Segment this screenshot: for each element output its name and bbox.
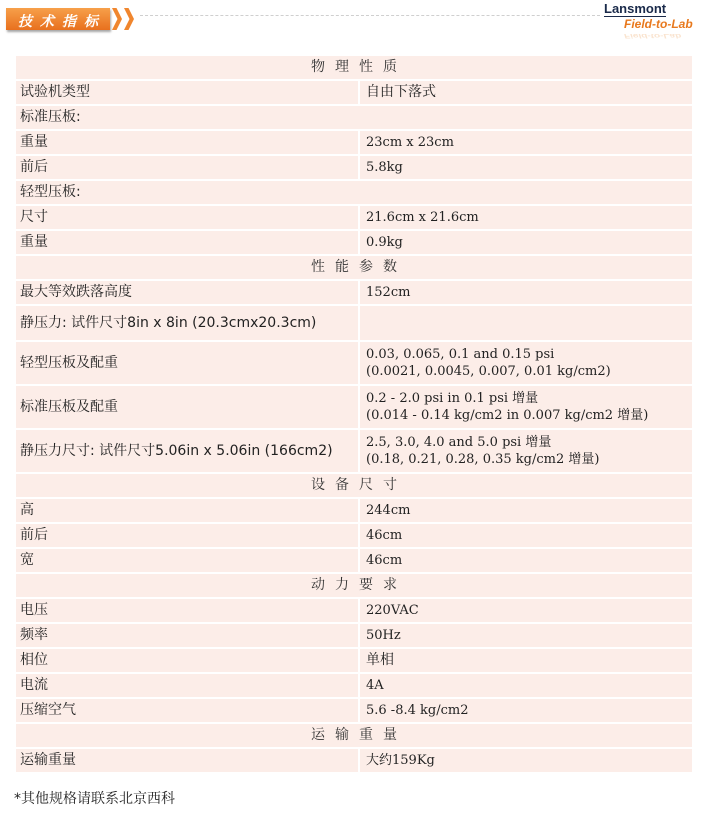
spec-label: 电压 [16,599,360,622]
section-header-power: 动力要求 [16,574,692,599]
table-row: 静压力尺寸: 试件尺寸5.06in x 5.06in (166cm2) 2.5,… [16,430,692,474]
spec-value: 0.2 - 2.0 psi in 0.1 psi 增量 (0.014 - 0.1… [360,386,692,428]
logo-field-to-lab: Field-to-Lab [624,17,693,31]
spec-label: 静压力: 试件尺寸8in x 8in (20.3cmx20.3cm) [16,306,360,340]
spec-label: 前后 [16,156,360,179]
spec-value-text: 220VAC [366,602,686,619]
table-row: 尺寸 21.6cm x 21.6cm [16,206,692,231]
spec-label: 轻型压板及配重 [16,342,360,384]
table-row: 电压 220VAC [16,599,692,624]
spec-subheading: 标准压板: [16,106,692,129]
table-row: 电流 4A [16,674,692,699]
brand-logo: Lansmont Field-to-Lab Field-to-Lab [600,2,708,38]
spec-value-line: (0.0021, 0.0045, 0.007, 0.01 kg/cm2) [366,363,686,380]
section-header-shipping: 运输重量 [16,724,692,749]
divider [140,15,600,16]
table-row: 相位 单相 [16,649,692,674]
spec-value-line: (0.014 - 0.14 kg/cm2 in 0.007 kg/cm2 增量) [366,407,686,424]
spec-value-text: 0.9kg [366,234,686,251]
section-title: 运输重量 [301,724,407,747]
section-header-performance: 性能参数 [16,256,692,281]
spec-value: 大约159Kg [360,749,692,772]
spec-value-text: 46cm [366,527,686,544]
table-row: 标准压板及配重 0.2 - 2.0 psi in 0.1 psi 增量 (0.0… [16,386,692,430]
chevron-right-icon [112,8,122,30]
section-title: 性能参数 [301,256,407,279]
spec-value: 自由下落式 [360,81,692,104]
spec-label: 试验机类型 [16,81,360,104]
spec-value-line: 0.03, 0.065, 0.1 and 0.15 psi [366,346,686,363]
spec-value-text: 单相 [366,652,686,669]
spec-value-text: 50Hz [366,627,686,644]
chevron-right-icon [124,8,134,30]
section-title: 设备尺寸 [301,474,407,497]
section-header-physical: 物理性质 [16,56,692,81]
logo-lansmont: Lansmont [604,2,666,17]
table-row: 频率 50Hz [16,624,692,649]
table-row: 最大等效跌落高度 152cm [16,281,692,306]
spec-value-text: 21.6cm x 21.6cm [366,209,686,226]
spec-label: 频率 [16,624,360,647]
spec-value: 0.03, 0.065, 0.1 and 0.15 psi (0.0021, 0… [360,342,692,384]
table-row: 试验机类型 自由下落式 [16,81,692,106]
spec-label: 尺寸 [16,206,360,229]
spec-value-text: 46cm [366,552,686,569]
table-row: 前后 46cm [16,524,692,549]
table-row: 前后 5.8kg [16,156,692,181]
section-header-dimensions: 设备尺寸 [16,474,692,499]
spec-value: 46cm [360,524,692,547]
section-title: 动力要求 [301,574,407,597]
table-row: 压缩空气 5.6 -8.4 kg/cm2 [16,699,692,724]
spec-label: 重量 [16,231,360,254]
footnote: *其他规格请联系北京西科 [14,788,175,808]
banner-tab: 技术指标 [6,8,110,30]
spec-value: 46cm [360,549,692,572]
table-row: 轻型压板及配重 0.03, 0.065, 0.1 and 0.15 psi (0… [16,342,692,386]
logo-reflection: Field-to-Lab [624,32,681,39]
spec-value-line: 0.2 - 2.0 psi in 0.1 psi 增量 [366,390,686,407]
spec-label: 高 [16,499,360,522]
table-row: 标准压板: [16,106,692,131]
spec-value: 244cm [360,499,692,522]
spec-value-line: 2.5, 3.0, 4.0 and 5.0 psi 增量 [366,434,686,451]
spec-value: 21.6cm x 21.6cm [360,206,692,229]
spec-value-line: (0.18, 0.21, 0.28, 0.35 kg/cm2 增量) [366,451,686,468]
table-row: 轻型压板: [16,181,692,206]
spec-value-text: 自由下落式 [366,84,686,101]
spec-value-text: 152cm [366,284,686,301]
spec-value: 220VAC [360,599,692,622]
spec-label: 电流 [16,674,360,697]
table-row: 宽 46cm [16,549,692,574]
spec-value-text: 244cm [366,502,686,519]
spec-label: 宽 [16,549,360,572]
spec-table: 物理性质 试验机类型 自由下落式 标准压板: 重量 23cm x 23cm 前后… [16,56,692,774]
spec-value: 2.5, 3.0, 4.0 and 5.0 psi 增量 (0.18, 0.21… [360,430,692,472]
spec-label: 重量 [16,131,360,154]
spec-value-text: 大约159Kg [366,752,686,769]
spec-label: 运输重量 [16,749,360,772]
spec-value-text: 23cm x 23cm [366,134,686,151]
spec-value: 50Hz [360,624,692,647]
spec-value: 4A [360,674,692,697]
spec-label: 前后 [16,524,360,547]
spec-value-text: 5.6 -8.4 kg/cm2 [366,702,686,719]
spec-value-text: 5.8kg [366,159,686,176]
spec-label: 相位 [16,649,360,672]
spec-value: 5.6 -8.4 kg/cm2 [360,699,692,722]
spec-subheading: 轻型压板: [16,181,692,204]
table-row: 重量 0.9kg [16,231,692,256]
spec-label: 压缩空气 [16,699,360,722]
spec-value: 5.8kg [360,156,692,179]
spec-value: 152cm [360,281,692,304]
table-row: 重量 23cm x 23cm [16,131,692,156]
table-row: 静压力: 试件尺寸8in x 8in (20.3cmx20.3cm) [16,306,692,342]
spec-label: 静压力尺寸: 试件尺寸5.06in x 5.06in (166cm2) [16,430,360,472]
section-title: 物理性质 [301,56,407,79]
spec-value-text: 4A [366,677,686,694]
spec-label: 最大等效跌落高度 [16,281,360,304]
spec-value: 23cm x 23cm [360,131,692,154]
table-row: 运输重量 大约159Kg [16,749,692,774]
spec-value [360,306,692,340]
table-row: 高 244cm [16,499,692,524]
section-banner: 技术指标 [6,6,138,32]
spec-value: 单相 [360,649,692,672]
spec-label: 标准压板及配重 [16,386,360,428]
spec-value: 0.9kg [360,231,692,254]
banner-title: 技术指标 [18,11,106,31]
